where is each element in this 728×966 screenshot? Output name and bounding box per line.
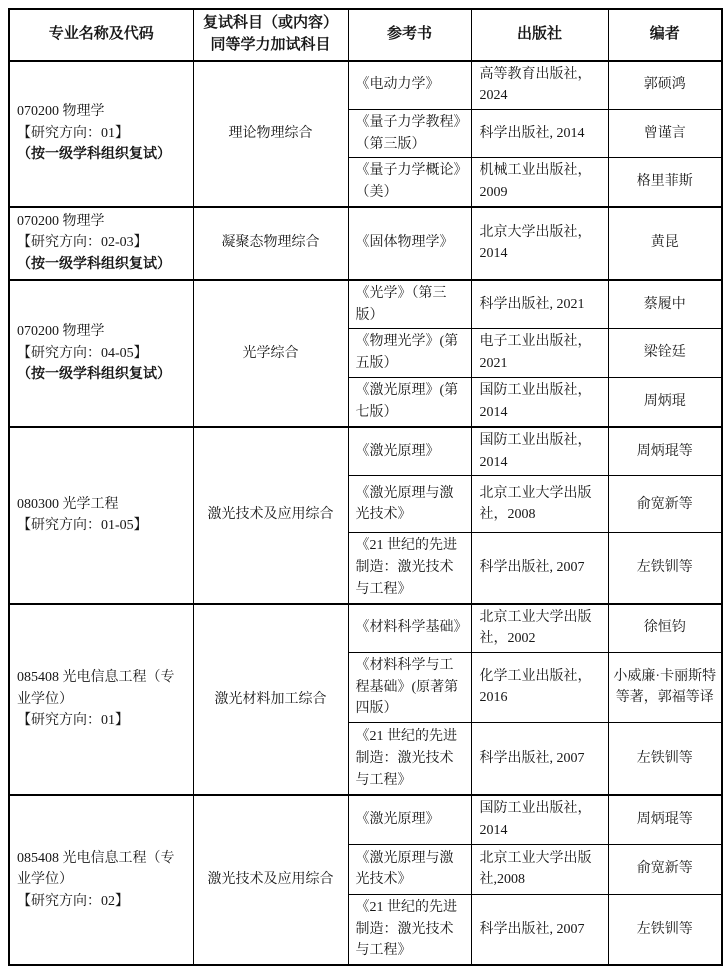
editor-cell: 周炳琨 — [608, 377, 722, 427]
editor-cell: 俞宽新等 — [608, 476, 722, 533]
book-title-cell: 《量子力学概论》（美） — [348, 158, 471, 207]
header-row: 专业名称及代码 复试科目（或内容） 同等学力加试科目 参考书 出版社 编者 — [9, 9, 722, 61]
editor-cell: 左铁钏等 — [608, 722, 722, 795]
reference-books-table: 专业名称及代码 复试科目（或内容） 同等学力加试科目 参考书 出版社 编者 07… — [8, 8, 723, 966]
publisher-cell: 科学出版社, 2007 — [471, 894, 608, 965]
major-code: 070200 物理学 — [17, 211, 179, 233]
major-code: 070200 物理学 — [17, 321, 179, 343]
book-title-cell: 《21 世纪的先进制造：激光技术与工程》 — [348, 722, 471, 795]
major-note: （按一级学科组织复试） — [17, 364, 179, 386]
editor-cell: 蔡履中 — [608, 280, 722, 329]
editor-cell: 格里菲斯 — [608, 158, 722, 207]
publisher-cell: 北京工业大学出版社，2002 — [471, 604, 608, 653]
book-title-cell: 《21 世纪的先进制造：激光技术与工程》 — [348, 533, 471, 604]
book-title-cell: 《激光原理》 — [348, 795, 471, 844]
publisher-cell: 科学出版社, 2014 — [471, 110, 608, 158]
publisher-cell: 化学工业出版社，2016 — [471, 652, 608, 722]
book-title-cell: 《材料科学与工程基础》(原著第四版） — [348, 652, 471, 722]
major-cell: 080300 光学工程 【研究方向：01-05】 — [9, 427, 193, 603]
major-direction: 【研究方向：02】 — [17, 891, 179, 913]
editor-cell: 周炳琨等 — [608, 427, 722, 476]
editor-cell: 徐恒钧 — [608, 604, 722, 653]
publisher-cell: 国防工业出版社，2014 — [471, 377, 608, 427]
document-page: 专业名称及代码 复试科目（或内容） 同等学力加试科目 参考书 出版社 编者 07… — [0, 0, 728, 916]
exam-subject-cell: 激光材料加工综合 — [193, 604, 348, 796]
book-title-cell: 《电动力学》 — [348, 61, 471, 110]
exam-subject-cell: 激光技术及应用综合 — [193, 427, 348, 603]
major-cell: 070200 物理学 【研究方向：04-05】 （按一级学科组织复试） — [9, 280, 193, 427]
major-code: 085408 光电信息工程（专业学位） — [17, 667, 179, 710]
exam-subject-cell: 凝聚态物理综合 — [193, 207, 348, 280]
exam-subject-cell: 光学综合 — [193, 280, 348, 427]
book-title-cell: 《21 世纪的先进制造：激光技术与工程》 — [348, 894, 471, 965]
book-title-cell: 《激光原理与激光技术》 — [348, 476, 471, 533]
publisher-cell: 科学出版社, 2021 — [471, 280, 608, 329]
publisher-cell: 电子工业出版社，2021 — [471, 329, 608, 377]
editor-cell: 曾谨言 — [608, 110, 722, 158]
publisher-cell: 科学出版社, 2007 — [471, 533, 608, 604]
table-row: 070200 物理学 【研究方向：02-03】 （按一级学科组织复试） 凝聚态物… — [9, 207, 722, 280]
editor-cell: 左铁钏等 — [608, 894, 722, 965]
major-cell: 085408 光电信息工程（专业学位） 【研究方向：02】 — [9, 795, 193, 964]
major-cell: 085408 光电信息工程（专业学位） 【研究方向：01】 — [9, 604, 193, 796]
major-direction: 【研究方向：04-05】 — [17, 343, 179, 365]
exam-subject-cell: 理论物理综合 — [193, 61, 348, 207]
table-row: 080300 光学工程 【研究方向：01-05】 激光技术及应用综合 《激光原理… — [9, 427, 722, 476]
major-cell: 070200 物理学 【研究方向：01】 （按一级学科组织复试） — [9, 61, 193, 207]
major-direction: 【研究方向：01】 — [17, 710, 179, 732]
editor-cell: 黄昆 — [608, 207, 722, 280]
publisher-cell: 机械工业出版社，2009 — [471, 158, 608, 207]
exam-subject-cell: 激光技术及应用综合 — [193, 795, 348, 964]
book-title-cell: 《量子力学教程》（第三版） — [348, 110, 471, 158]
major-direction: 【研究方向：01】 — [17, 123, 179, 145]
publisher-cell: 北京大学出版社，2014 — [471, 207, 608, 280]
major-note: （按一级学科组织复试） — [17, 254, 179, 276]
book-title-cell: 《固体物理学》 — [348, 207, 471, 280]
table-row: 070200 物理学 【研究方向：01】 （按一级学科组织复试） 理论物理综合 … — [9, 61, 722, 110]
major-direction: 【研究方向：01-05】 — [17, 515, 179, 537]
publisher-cell: 北京工业大学出版社，2008 — [471, 476, 608, 533]
book-title-cell: 《激光原理》 — [348, 427, 471, 476]
book-title-cell: 《激光原理与激光技术》 — [348, 844, 471, 894]
publisher-cell: 北京工业大学出版社,2008 — [471, 844, 608, 894]
major-code: 080300 光学工程 — [17, 494, 179, 516]
editor-cell: 梁铨廷 — [608, 329, 722, 377]
major-note: （按一级学科组织复试） — [17, 144, 179, 166]
editor-cell: 左铁钏等 — [608, 533, 722, 604]
editor-cell: 俞宽新等 — [608, 844, 722, 894]
col-header-editor: 编者 — [608, 9, 722, 61]
col-header-exam: 复试科目（或内容） 同等学力加试科目 — [193, 9, 348, 61]
book-title-cell: 《材料科学基础》 — [348, 604, 471, 653]
table-row: 085408 光电信息工程（专业学位） 【研究方向：01】 激光材料加工综合 《… — [9, 604, 722, 653]
col-header-publisher: 出版社 — [471, 9, 608, 61]
editor-cell: 小威廉·卡丽斯特等著，郭福等译 — [608, 652, 722, 722]
book-title-cell: 《物理光学》(第五版） — [348, 329, 471, 377]
major-cell: 070200 物理学 【研究方向：02-03】 （按一级学科组织复试） — [9, 207, 193, 280]
col-header-major: 专业名称及代码 — [9, 9, 193, 61]
editor-cell: 郭硕鸿 — [608, 61, 722, 110]
book-title-cell: 《光学》（第三版） — [348, 280, 471, 329]
major-code: 085408 光电信息工程（专业学位） — [17, 848, 179, 891]
publisher-cell: 国防工业出版社，2014 — [471, 427, 608, 476]
publisher-cell: 高等教育出版社，2024 — [471, 61, 608, 110]
col-header-book: 参考书 — [348, 9, 471, 61]
book-title-cell: 《激光原理》(第七版） — [348, 377, 471, 427]
table-row: 070200 物理学 【研究方向：04-05】 （按一级学科组织复试） 光学综合… — [9, 280, 722, 329]
publisher-cell: 科学出版社, 2007 — [471, 722, 608, 795]
major-code: 070200 物理学 — [17, 101, 179, 123]
editor-cell: 周炳琨等 — [608, 795, 722, 844]
publisher-cell: 国防工业出版社，2014 — [471, 795, 608, 844]
table-row: 085408 光电信息工程（专业学位） 【研究方向：02】 激光技术及应用综合 … — [9, 795, 722, 844]
major-direction: 【研究方向：02-03】 — [17, 232, 179, 254]
